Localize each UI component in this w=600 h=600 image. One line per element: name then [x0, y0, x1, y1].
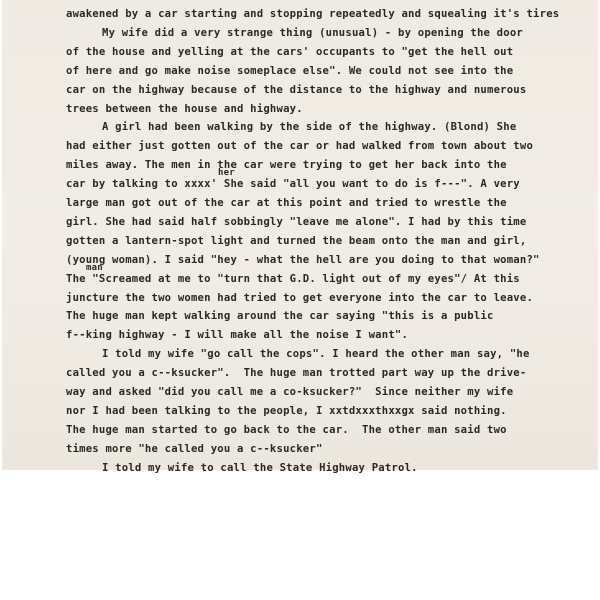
text-line: The "Screamed at me to "turn that G.D. l… [66, 271, 520, 287]
text-line: juncture the two women had tried to get … [66, 290, 533, 306]
text-line: A girl had been walking by the side of t… [102, 119, 516, 135]
interlinear-insertion: her [218, 168, 235, 178]
text-line: girl. She had said half sobbingly "leave… [66, 214, 526, 230]
text-line: gotten a lantern-spot light and turned t… [66, 233, 526, 249]
text-line: of the house and yelling at the cars' oc… [66, 44, 513, 60]
text-line: car by talking to xxxx' She said "all yo… [66, 176, 520, 192]
text-line: awakened by a car starting and stopping … [66, 6, 559, 22]
text-line: trees between the house and highway. [66, 101, 303, 117]
text-line: (young woman). I said "hey - what the he… [66, 252, 540, 268]
text-line: My wife did a very strange thing (unusua… [102, 25, 523, 41]
text-line: called you a c--ksucker". The huge man t… [66, 365, 526, 381]
text-line: large man got out of the car at this poi… [66, 195, 507, 211]
typewritten-page: awakened by a car starting and stopping … [2, 0, 598, 470]
text-line: nor I had been talking to the people, I … [66, 403, 507, 419]
text-line: times more "he called you a c--ksucker" [66, 441, 323, 457]
text-line: car on the highway because of the distan… [66, 82, 526, 98]
text-line: of here and go make noise someplace else… [66, 63, 513, 79]
text-line: f--king highway - I will make all the no… [66, 327, 408, 343]
text-line: way and asked "did you call me a co-ksuc… [66, 384, 513, 400]
text-line: The huge man kept walking around the car… [66, 308, 494, 324]
text-line: I told my wife "go call the cops". I hea… [102, 346, 530, 362]
interlinear-insertion: man [86, 263, 103, 273]
text-line: I told my wife to call the State Highway… [102, 460, 418, 476]
text-line: miles away. The men in the car were tryi… [66, 157, 507, 173]
text-line: had either just gotten out of the car or… [66, 138, 533, 154]
text-line: The huge man started to go back to the c… [66, 422, 507, 438]
